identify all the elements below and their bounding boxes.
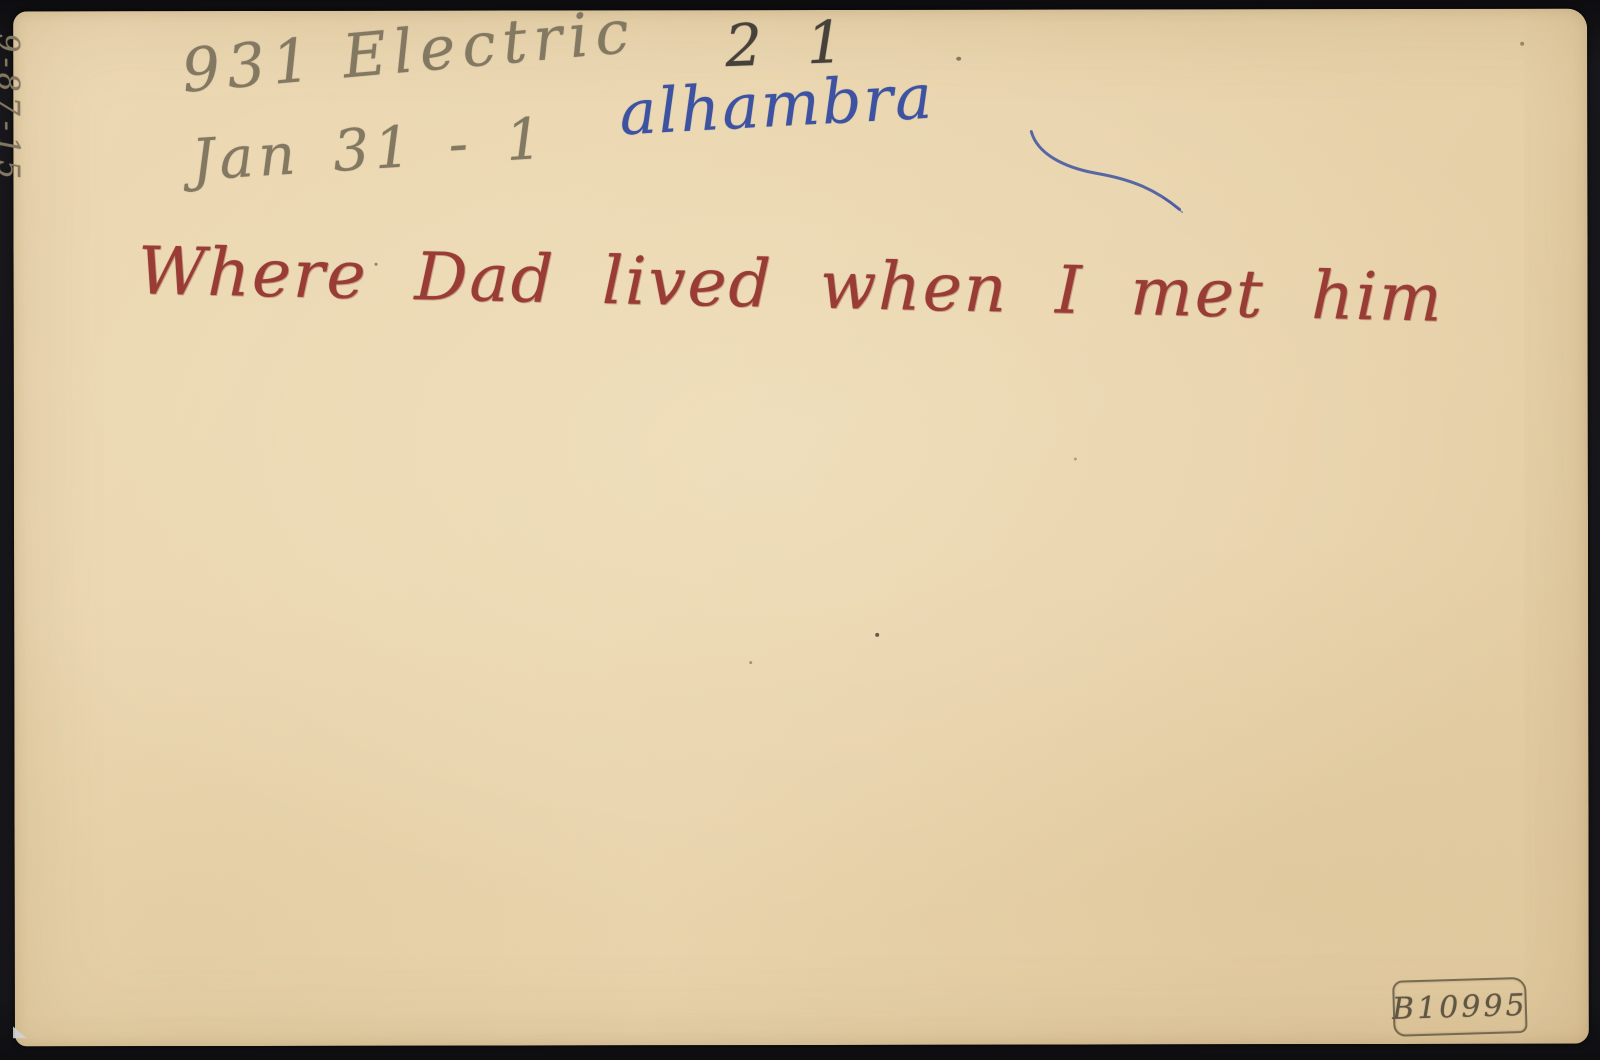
paper-speck (375, 263, 378, 266)
archive-number: B10995 (1392, 987, 1528, 1026)
paper-speck (956, 57, 961, 61)
city-note: alhambra (618, 60, 936, 150)
worn-corner (13, 1026, 27, 1038)
date-note: Jan 31 - 1 (190, 106, 549, 194)
photo-card-back: 9-87-15 931 Electric Jan 31 - 1 2 1 alha… (13, 9, 1589, 1047)
archive-number-stamp-box: B10995 (1392, 977, 1528, 1037)
paper-speck (875, 633, 879, 637)
paper-speck (1520, 42, 1524, 46)
pen-flourish-tail (993, 109, 1213, 229)
address-note: 931 Electric (179, 0, 639, 107)
caption-note: Where Dad lived when I met him (137, 232, 1445, 336)
paper-speck (749, 661, 752, 664)
paper-speck (1074, 458, 1077, 461)
scanner-background: 9-87-15 931 Electric Jan 31 - 1 2 1 alha… (0, 0, 1600, 1060)
vertical-catalog-number: 9-87-15 (0, 33, 25, 184)
